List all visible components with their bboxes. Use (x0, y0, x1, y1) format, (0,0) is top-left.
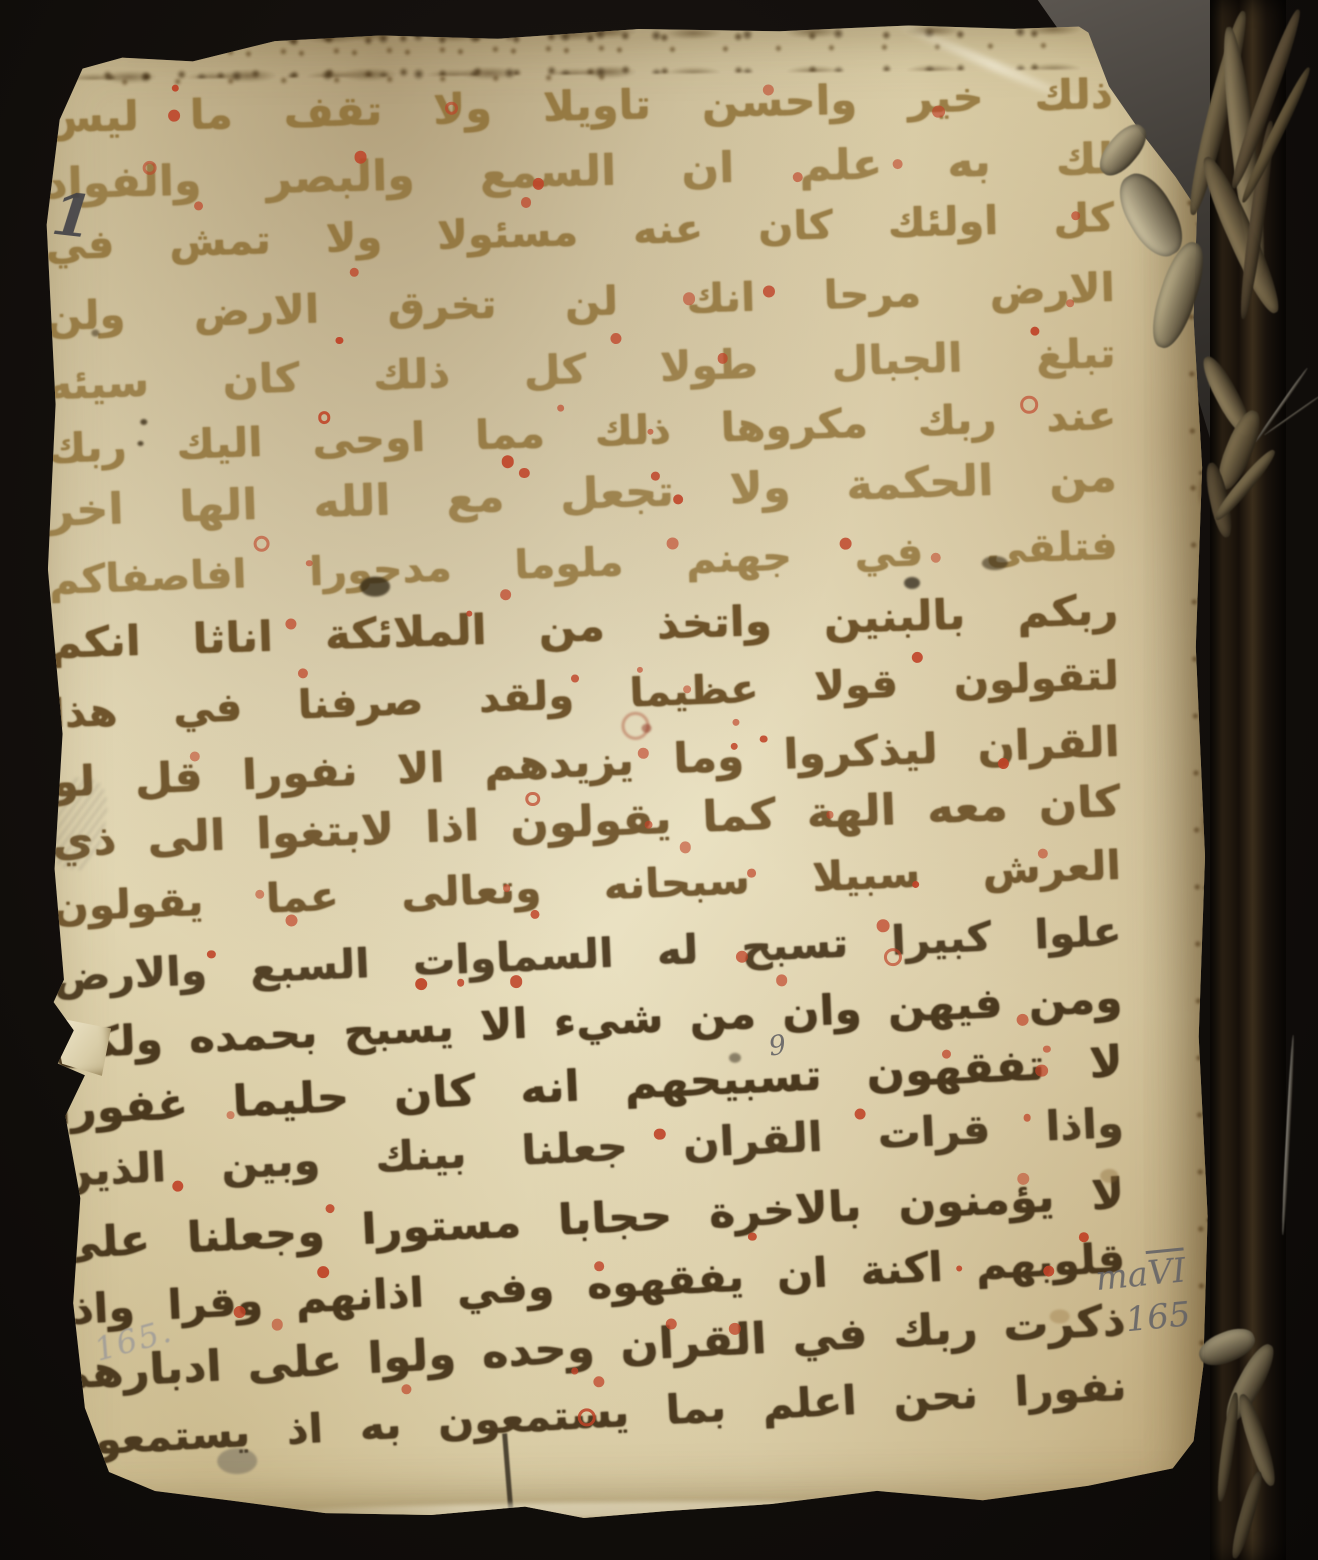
red-vocalisation-dot (1020, 396, 1038, 414)
red-vocalisation-dot (892, 159, 902, 169)
red-vocalisation-dot (748, 1233, 756, 1241)
red-vocalisation-dot (747, 869, 755, 877)
red-vocalisation-dot (298, 668, 308, 678)
shelfmark-pencil: maVI 165 (1093, 1248, 1192, 1344)
red-vocalisation-dot (501, 455, 514, 468)
bottom-edge-glare (255, 1499, 960, 1522)
red-vocalisation-dot (763, 285, 775, 297)
red-vocalisation-dot (593, 1376, 604, 1387)
red-vocalisation-dot (610, 333, 621, 344)
ink-stain-blob (641, 724, 651, 733)
red-vocalisation-dot (912, 652, 923, 663)
ink-stain-blob (140, 419, 147, 425)
red-vocalisation-dot (763, 84, 774, 95)
shelfmark-number: 165 (1098, 1292, 1193, 1345)
red-vocalisation-dot (680, 842, 691, 853)
red-vocalisation-dot (1043, 1045, 1050, 1052)
folio-number-pencil: 1 (48, 180, 96, 252)
red-vocalisation-dot (285, 618, 296, 629)
red-vocalisation-dot (1079, 1232, 1089, 1242)
red-vocalisation-dot (1066, 299, 1074, 307)
red-vocalisation-dot (415, 978, 427, 990)
red-vocalisation-dot (683, 292, 696, 305)
red-vocalisation-dot (733, 719, 740, 726)
ink-stain-blob (137, 441, 143, 446)
shelfmark-roman-numeral: VI (1146, 1250, 1188, 1294)
red-vocalisation-dot (1030, 326, 1039, 335)
red-vocalisation-dot (325, 1204, 334, 1213)
red-vocalisation-dot (171, 84, 178, 91)
red-vocalisation-dot (530, 910, 539, 919)
red-vocalisation-dot (673, 494, 683, 504)
red-vocalisation-dot (557, 404, 564, 411)
red-vocalisation-dot (253, 535, 270, 552)
red-vocalisation-dot (840, 537, 852, 549)
red-vocalisation-dot (207, 950, 216, 959)
red-vocalisation-dot (776, 974, 788, 986)
red-vocalisation-dot (651, 472, 660, 481)
red-vocalisation-dot (401, 1384, 411, 1394)
red-vocalisation-dot (226, 1111, 234, 1119)
red-vocalisation-dot (526, 792, 540, 806)
red-vocalisation-dot (194, 201, 203, 210)
red-vocalisation-dot (532, 177, 544, 189)
red-vocalisation-dot (521, 197, 532, 208)
shelfmark-prefix: ma (1094, 1254, 1150, 1299)
red-vocalisation-dot (956, 1266, 962, 1272)
red-vocalisation-dot (718, 353, 728, 363)
red-vocalisation-dot (760, 735, 768, 743)
red-vocalisation-dot (638, 748, 649, 759)
red-vocalisation-dot (306, 560, 312, 566)
red-vocalisation-dot (577, 1408, 596, 1427)
red-vocalisation-dot (519, 468, 530, 479)
ink-stain-blob (729, 1053, 741, 1063)
red-vocalisation-dot (445, 102, 458, 115)
red-vocalisation-dot (572, 1368, 579, 1375)
red-vocalisation-dot (457, 978, 465, 986)
red-vocalisation-dot (189, 751, 199, 761)
ink-stain-blob (91, 329, 99, 336)
red-vocalisation-dot (931, 552, 941, 562)
red-vocalisation-dot (877, 919, 890, 932)
red-vocalisation-dot (729, 1323, 741, 1335)
red-vocalisation-dot (666, 537, 678, 549)
manuscript-page: ذلك خير واحسن تاويلا ولا تقف ما ليسلك به… (28, 18, 1218, 1528)
red-vocalisation-dot (594, 1262, 604, 1272)
red-vocalisation-dot (142, 161, 156, 175)
kufic-text-block: ذلك خير واحسن تاويلا ولا تقف ما ليسلك به… (95, 63, 1128, 1494)
red-vocalisation-dot (932, 106, 944, 118)
red-vocalisation-dot (826, 811, 834, 819)
photograph: ذلك خير واحسن تاويلا ولا تقف ما ليسلك به… (0, 0, 1318, 1560)
red-vocalisation-dot (349, 268, 358, 277)
red-vocalisation-dot (271, 1319, 283, 1331)
